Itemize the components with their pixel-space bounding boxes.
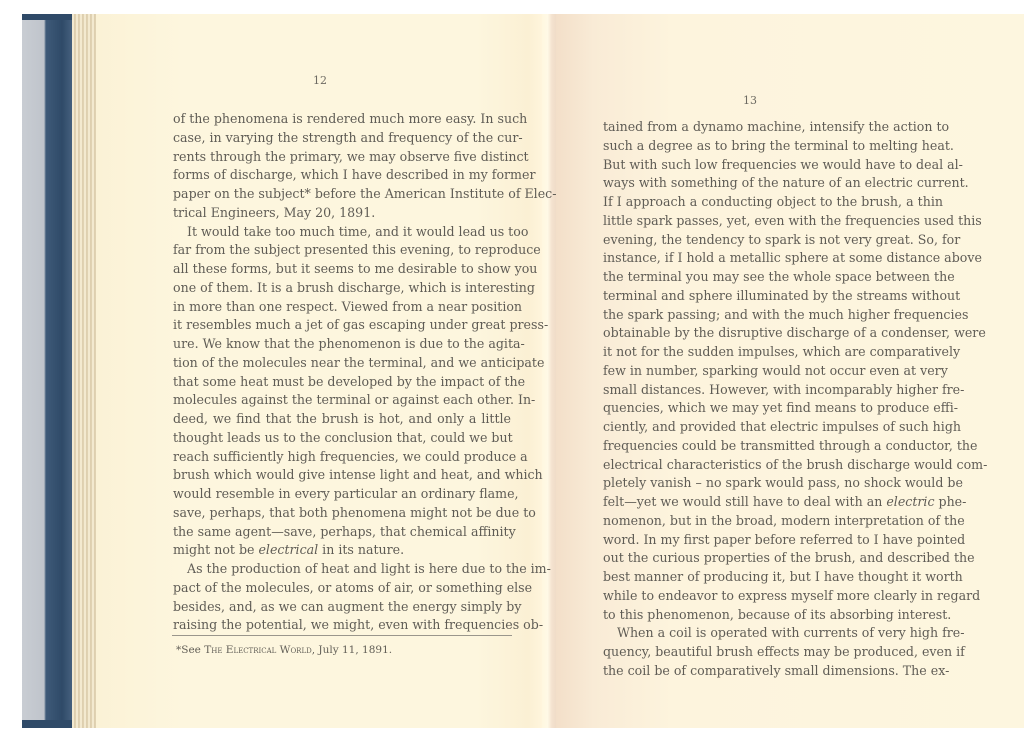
text-line: small distances. However, with incompara… [603, 381, 943, 400]
text-line: besides, and, as we can augment the ener… [173, 598, 511, 617]
page-number-left: 12 [300, 74, 340, 87]
text-line: the coil be of comparatively small dimen… [603, 662, 943, 681]
text-line: that some heat must be developed by the … [173, 373, 511, 392]
text-line: to this phenomenon, because of its absor… [603, 606, 943, 625]
text-line: might not be electrical in its nature. [173, 541, 511, 560]
text-line: tion of the molecules near the terminal,… [173, 354, 511, 373]
text-line: frequencies could be transmitted through… [603, 437, 943, 456]
text-line: brush which would give intense light and… [173, 466, 511, 485]
text-line: forms of discharge, which I have describ… [173, 166, 511, 185]
text-line: ciently, and provided that electric impu… [603, 418, 943, 437]
text-line: far from the subject presented this even… [173, 241, 511, 260]
left-page-text: of the phenomena is rendered much more e… [173, 110, 511, 635]
text-fragment: felt—yet we would still have to deal wit… [603, 494, 886, 509]
footnote-rule [172, 635, 512, 636]
text-line: ways with something of the nature of an … [603, 174, 943, 193]
text-line: such a degree as to bring the terminal t… [603, 137, 943, 156]
footnote: *See The Electrical World, July 11, 1891… [176, 644, 392, 656]
footnote-publication: The Electrical World [204, 644, 312, 656]
cover-bottom-edge [22, 720, 72, 728]
text-line: raising the potential, we might, even wi… [173, 616, 511, 635]
text-line: felt—yet we would still have to deal wit… [603, 493, 943, 512]
footnote-suffix: , July 11, 1891. [312, 644, 392, 656]
text-line: rents through the primary, we may observ… [173, 148, 511, 167]
book-cover-edge [22, 14, 72, 728]
text-line: would resemble in every particular an or… [173, 485, 511, 504]
text-line: nomenon, but in the broad, modern interp… [603, 512, 943, 531]
text-line: When a coil is operated with currents of… [603, 624, 943, 643]
text-line: while to endeavor to express myself more… [603, 587, 943, 606]
text-line: instance, if I hold a metallic sphere at… [603, 249, 943, 268]
text-fragment: phe- [935, 494, 967, 509]
italic-word: electric [886, 494, 934, 509]
text-line: molecules against the terminal or agains… [173, 391, 511, 410]
text-line: quencies, which we may yet find means to… [603, 399, 943, 418]
text-line: of the phenomena is rendered much more e… [173, 110, 511, 129]
text-line: it resembles much a jet of gas escaping … [173, 316, 511, 335]
footnote-prefix: *See [176, 644, 204, 656]
text-line: the spark passing; and with the much hig… [603, 306, 943, 325]
text-line: quency, beautiful brush effects may be p… [603, 643, 943, 662]
text-line: deed, we find that the brush is hot, and… [173, 410, 511, 429]
text-line: As the production of heat and light is h… [173, 560, 511, 579]
text-line: ure. We know that the phenomenon is due … [173, 335, 511, 354]
text-line: few in number, sparking would not occur … [603, 362, 943, 381]
text-line: pletely vanish – no spark would pass, no… [603, 474, 943, 493]
text-line: tained from a dynamo machine, intensify … [603, 118, 943, 137]
text-line: all these forms, but it seems to me desi… [173, 260, 511, 279]
text-line: But with such low frequencies we would h… [603, 156, 943, 175]
text-line: in more than one respect. Viewed from a … [173, 298, 511, 317]
text-line: save, perhaps, that both phenomena might… [173, 504, 511, 523]
right-page-text: tained from a dynamo machine, intensify … [603, 118, 943, 681]
text-line: one of them. It is a brush discharge, wh… [173, 279, 511, 298]
text-fragment: might not be [173, 542, 258, 557]
text-line: paper on the subject* before the America… [173, 185, 511, 204]
text-line: word. In my first paper before referred … [603, 531, 943, 550]
cover-top-edge [22, 14, 72, 20]
text-line: out the curious properties of the brush,… [603, 549, 943, 568]
text-line: thought leads us to the conclusion that,… [173, 429, 511, 448]
text-line: evening, the tendency to spark is not ve… [603, 231, 943, 250]
text-line: electrical characteristics of the brush … [603, 456, 943, 475]
text-line: pact of the molecules, or atoms of air, … [173, 579, 511, 598]
text-line: obtainable by the disruptive discharge o… [603, 324, 943, 343]
text-line: the same agent—save, perhaps, that chemi… [173, 523, 511, 542]
text-line: trical Engineers, May 20, 1891. [173, 204, 511, 223]
text-line: it not for the sudden impulses, which ar… [603, 343, 943, 362]
text-line: best manner of producing it, but I have … [603, 568, 943, 587]
text-line: It would take too much time, and it woul… [173, 223, 511, 242]
page-fore-edges [72, 14, 96, 728]
text-line: little spark passes, yet, even with the … [603, 212, 943, 231]
text-line: the terminal you may see the whole space… [603, 268, 943, 287]
italic-word: electrical [258, 542, 318, 557]
text-line: terminal and sphere illuminated by the s… [603, 287, 943, 306]
text-fragment: in its nature. [318, 542, 404, 557]
text-line: reach sufficiently high frequencies, we … [173, 448, 511, 467]
text-line: If I approach a conducting object to the… [603, 193, 943, 212]
book-gutter [542, 14, 556, 728]
text-line: case, in varying the strength and freque… [173, 129, 511, 148]
page-number-right: 13 [730, 94, 770, 107]
